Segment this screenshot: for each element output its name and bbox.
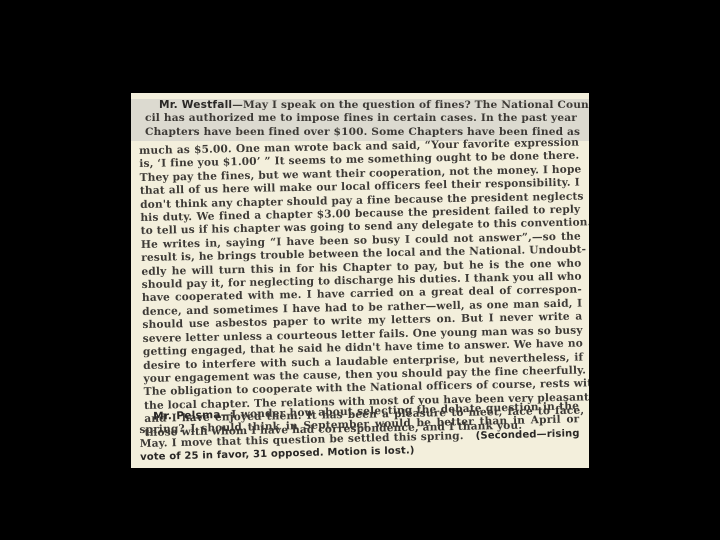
speaker-name: Mr. Pelsma	[153, 409, 221, 423]
paragraph-pelsma: Mr. Pelsma—I wonder how about selecting …	[139, 400, 580, 464]
document-clipping: Mr. Westfall—May I speak on the question…	[131, 93, 589, 468]
paragraph-westfall-intro: Mr. Westfall—May I speak on the question…	[145, 99, 577, 139]
text-line: Mr. Westfall—May I speak on the question…	[145, 99, 577, 112]
slide-background: Mr. Westfall—May I speak on the question…	[0, 0, 720, 540]
speaker-name: Mr. Westfall	[159, 99, 232, 111]
motion-note: (Seconded—rising	[476, 428, 580, 442]
paragraph-westfall-body: much as $5.00. One man wrote back and sa…	[139, 137, 585, 440]
text-line: cil has authorized me to impose fines in…	[145, 112, 577, 125]
